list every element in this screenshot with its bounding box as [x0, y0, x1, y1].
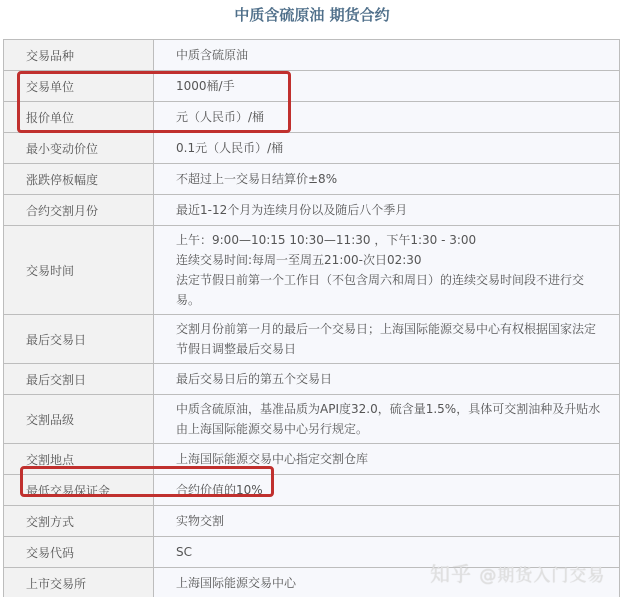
value-line: 1000桶/手	[176, 76, 609, 96]
watermark-site: 知乎	[430, 562, 472, 586]
table-row-delivery-grade: 交割品级 中质含硫原油，基准品质为API度32.0，硫含量1.5%，具体可交割油…	[4, 395, 620, 444]
row-value: 交割月份前第一月的最后一个交易日；上海国际能源交易中心有权根据国家法定 节假日调…	[154, 315, 620, 364]
row-label: 报价单位	[4, 102, 154, 133]
row-label: 最后交割日	[4, 364, 154, 395]
value-line: 连续交易时间:每周一至周五21:00-次日02:30	[176, 250, 609, 270]
row-value: 实物交割	[154, 506, 620, 537]
value-line: 上午：9:00—10:15 10:30—11:30 ，下午1:30 - 3:00	[176, 230, 609, 250]
row-label: 交割品级	[4, 395, 154, 444]
row-label: 涨跌停板幅度	[4, 164, 154, 195]
page-title: 中质含硫原油 期货合约	[0, 0, 624, 32]
row-value: 中质含硫原油，基准品质为API度32.0，硫含量1.5%，具体可交割油种及升贴水…	[154, 395, 620, 444]
value-line: 不超过上一交易日结算价±8%	[176, 169, 609, 189]
table-row-tick-size: 最小变动价位 0.1元（人民币）/桶	[4, 133, 620, 164]
table-row-contract-months: 合约交割月份 最近1-12个月为连续月份以及随后八个季月	[4, 195, 620, 226]
table-row-quote-unit: 报价单位 元（人民币）/桶	[4, 102, 620, 133]
row-value: 合约价值的10%	[154, 475, 620, 506]
row-label: 交易时间	[4, 226, 154, 315]
row-label: 交易单位	[4, 71, 154, 102]
value-line: 法定节假日前第一个工作日（不包含周六和周日）的连续交易时间段不进行交	[176, 270, 609, 290]
table-row-trading-unit: 交易单位 1000桶/手	[4, 71, 620, 102]
value-line: 最后交易日后的第五个交易日	[176, 369, 609, 389]
watermark-handle: @期货入门交易	[479, 566, 605, 586]
value-line: 易。	[176, 290, 609, 310]
row-value: 最后交易日后的第五个交易日	[154, 364, 620, 395]
contract-spec-table: 交易品种 中质含硫原油 交易单位 1000桶/手 报价单位 元（人民币）/桶 最…	[3, 39, 620, 597]
table-row-product: 交易品种 中质含硫原油	[4, 40, 620, 71]
value-line: 中质含硫原油	[176, 45, 609, 65]
value-line: 节假日调整最后交易日	[176, 339, 609, 359]
table-row-trading-hours: 交易时间 上午：9:00—10:15 10:30—11:30 ，下午1:30 -…	[4, 226, 620, 315]
watermark: 知乎 @期货入门交易	[430, 558, 605, 587]
row-label: 合约交割月份	[4, 195, 154, 226]
row-value: 1000桶/手	[154, 71, 620, 102]
row-value: 最近1-12个月为连续月份以及随后八个季月	[154, 195, 620, 226]
table-row-last-delivery-day: 最后交割日 最后交易日后的第五个交易日	[4, 364, 620, 395]
row-label: 交割地点	[4, 444, 154, 475]
row-label: 交易品种	[4, 40, 154, 71]
table-row-delivery-method: 交割方式 实物交割	[4, 506, 620, 537]
table-row-price-limit: 涨跌停板幅度 不超过上一交易日结算价±8%	[4, 164, 620, 195]
row-label: 上市交易所	[4, 568, 154, 597]
row-label: 最后交易日	[4, 315, 154, 364]
value-line: 最近1-12个月为连续月份以及随后八个季月	[176, 200, 609, 220]
row-value: 上午：9:00—10:15 10:30—11:30 ，下午1:30 - 3:00…	[154, 226, 620, 315]
row-label: 最低交易保证金	[4, 475, 154, 506]
value-line: 中质含硫原油，基准品质为API度32.0，硫含量1.5%，具体可交割油种及升贴水	[176, 399, 609, 419]
row-label: 交割方式	[4, 506, 154, 537]
row-value: 不超过上一交易日结算价±8%	[154, 164, 620, 195]
row-value: 中质含硫原油	[154, 40, 620, 71]
row-value: 上海国际能源交易中心指定交割仓库	[154, 444, 620, 475]
value-line: 由上海国际能源交易中心另行规定。	[176, 419, 609, 439]
row-value: 元（人民币）/桶	[154, 102, 620, 133]
row-value: 0.1元（人民币）/桶	[154, 133, 620, 164]
value-line: 元（人民币）/桶	[176, 107, 609, 127]
table-row-min-margin: 最低交易保证金 合约价值的10%	[4, 475, 620, 506]
table-row-delivery-location: 交割地点 上海国际能源交易中心指定交割仓库	[4, 444, 620, 475]
table-row-last-trading-day: 最后交易日 交割月份前第一月的最后一个交易日；上海国际能源交易中心有权根据国家法…	[4, 315, 620, 364]
value-line: 合约价值的10%	[176, 480, 609, 500]
value-line: 交割月份前第一月的最后一个交易日；上海国际能源交易中心有权根据国家法定	[176, 319, 609, 339]
value-line: 实物交割	[176, 511, 609, 531]
row-label: 最小变动价位	[4, 133, 154, 164]
value-line: 上海国际能源交易中心指定交割仓库	[176, 449, 609, 469]
row-label: 交易代码	[4, 537, 154, 568]
value-line: 0.1元（人民币）/桶	[176, 138, 609, 158]
